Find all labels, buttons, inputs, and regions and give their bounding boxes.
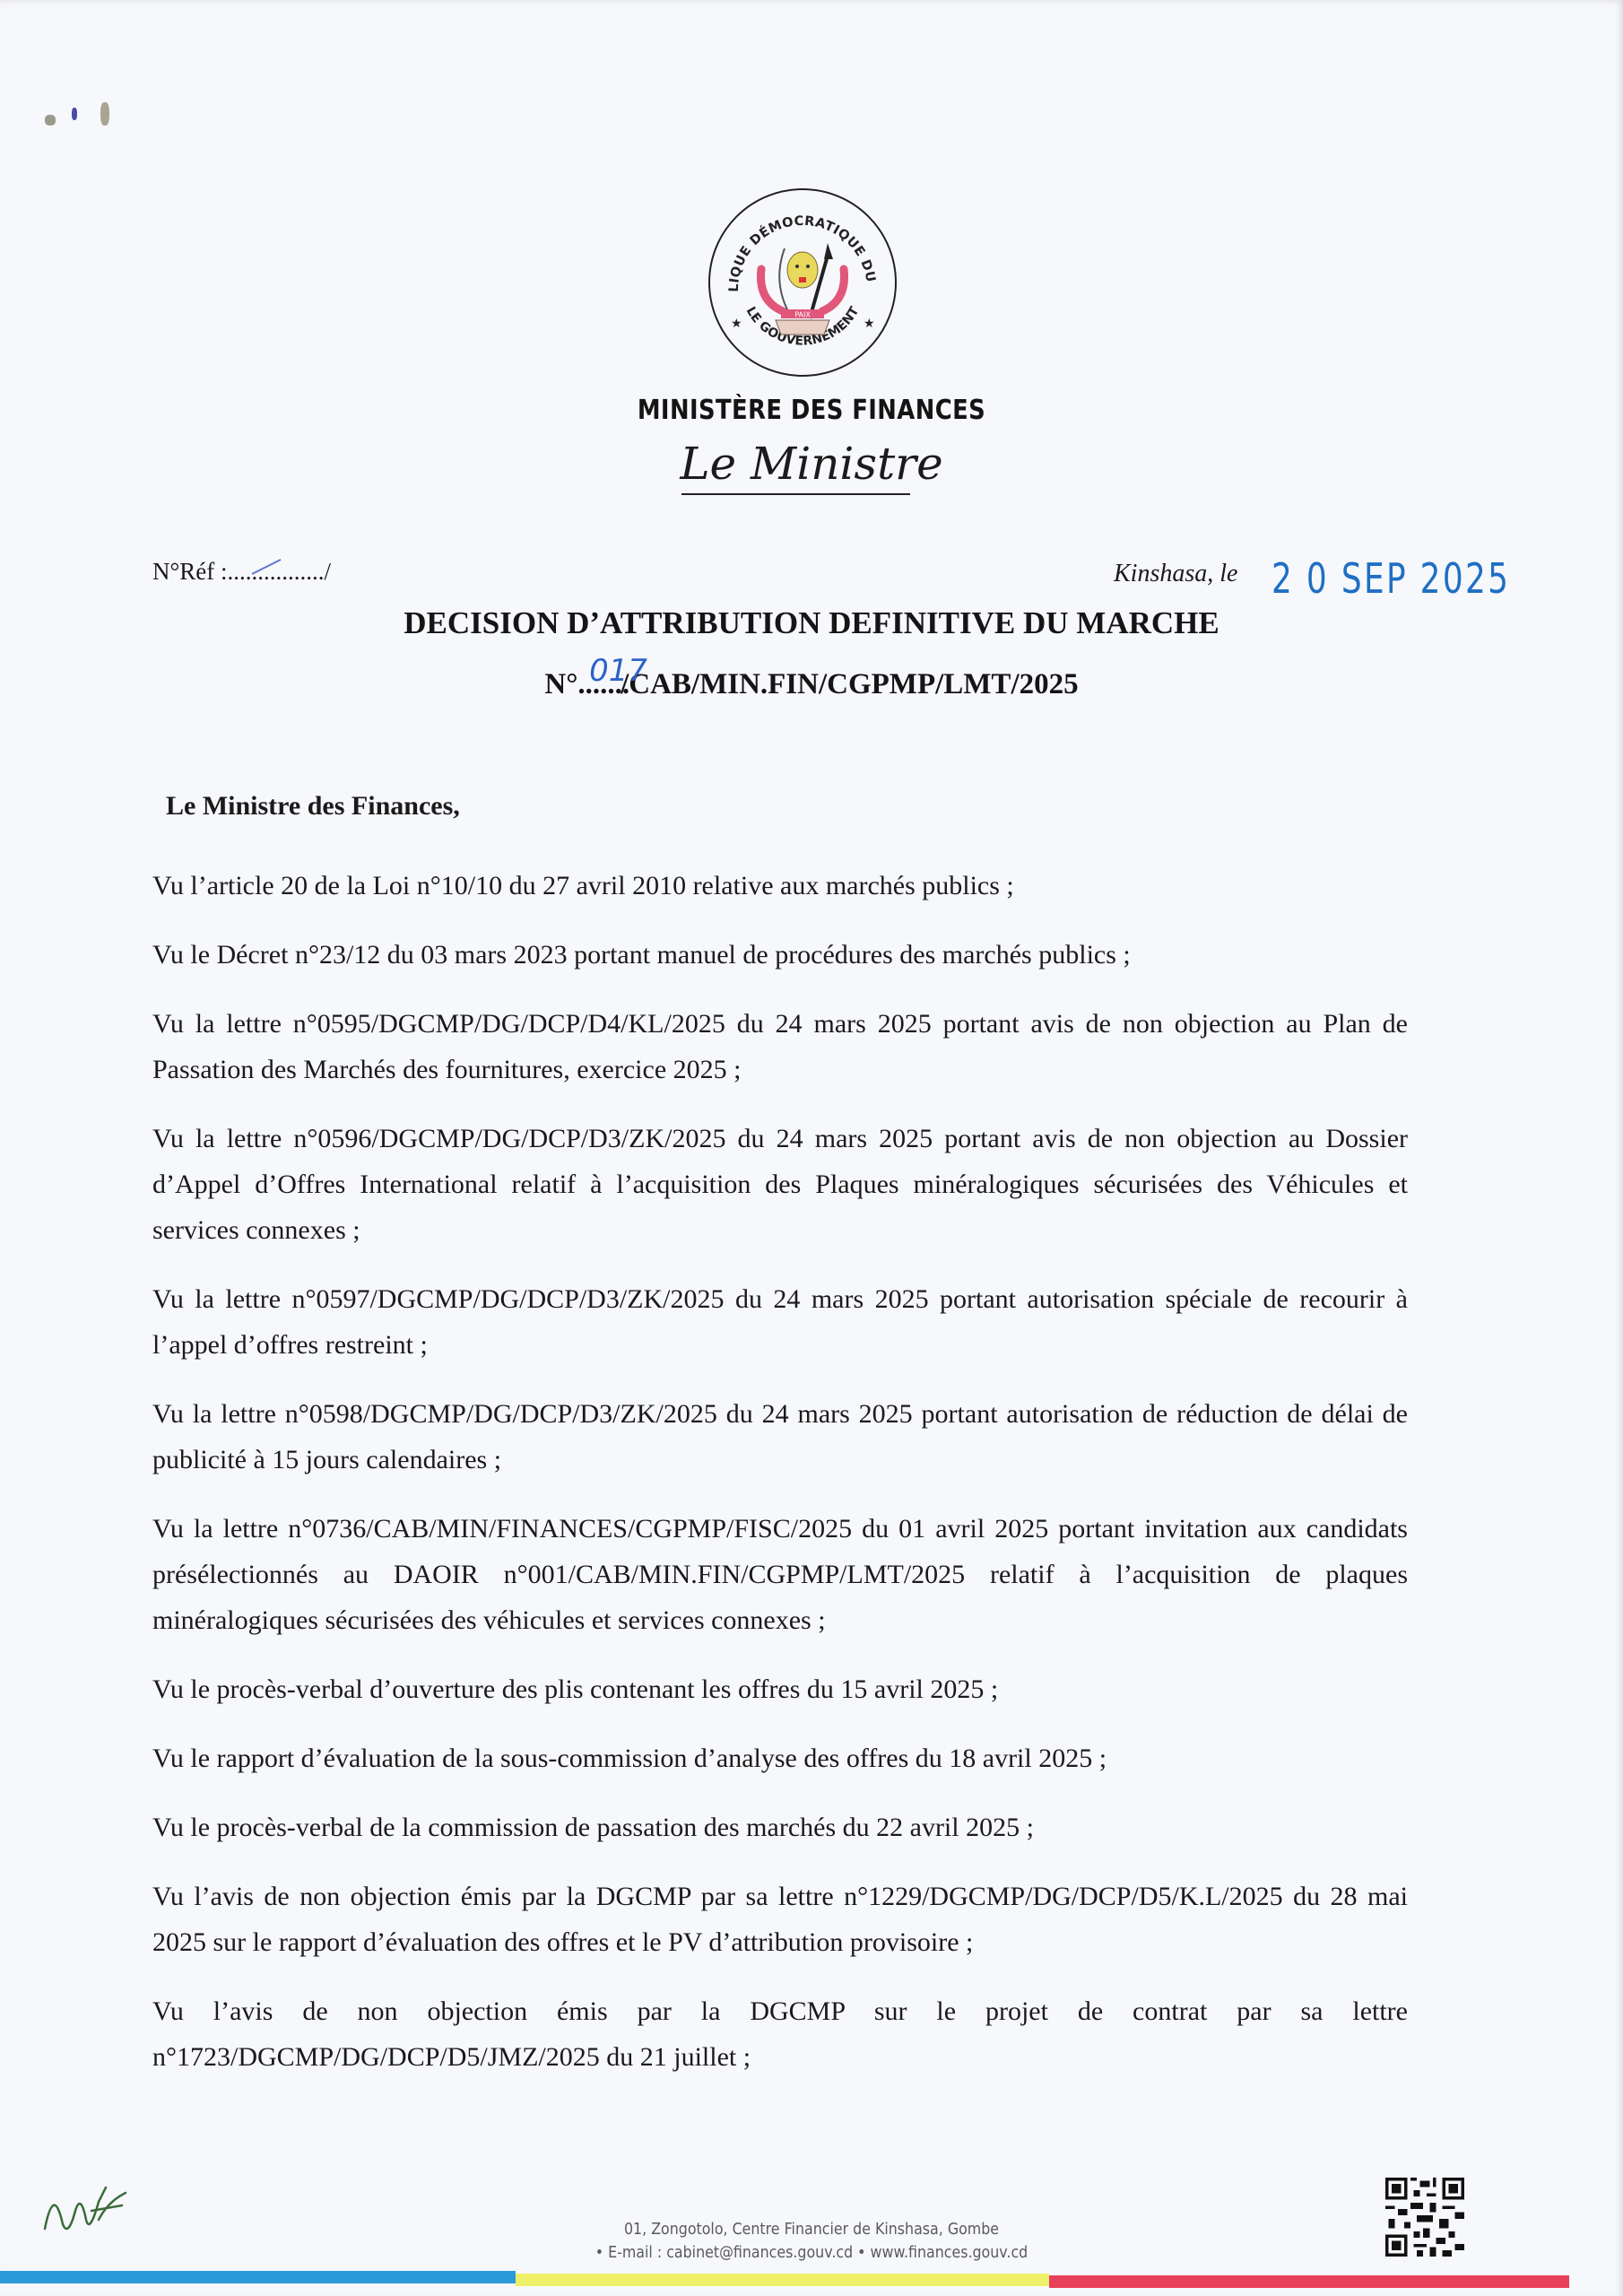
consideration-item: Vu la lettre n°0598/DGCMP/DG/DCP/D3/ZK/2… — [152, 1391, 1408, 1483]
decision-number-handwritten: 017 — [589, 653, 647, 689]
svg-text:PAIX: PAIX — [794, 311, 811, 319]
consideration-item: Vu la lettre n°0595/DGCMP/DG/DCP/D4/KL/2… — [152, 1001, 1408, 1092]
consideration-item: Vu le Décret n°23/12 du 03 mars 2023 por… — [152, 932, 1408, 978]
decision-title: DECISION D’ATTRIBUTION DEFINITIVE DU MAR… — [0, 605, 1623, 641]
reference-number: N°Réf :................/ — [152, 558, 331, 586]
consideration-item: Vu le procès-verbal d’ouverture des plis… — [152, 1666, 1408, 1712]
consideration-item: Vu la lettre n°0597/DGCMP/DG/DCP/D3/ZK/2… — [152, 1276, 1408, 1368]
consideration-item: Vu l’article 20 de la Loi n°10/10 du 27 … — [152, 863, 1408, 909]
decision-number-suffix: /CAB/MIN.FIN/CGPMP/LMT/2025 — [621, 668, 1079, 700]
consideration-item: Vu la lettre n°0596/DGCMP/DG/DCP/D3/ZK/2… — [152, 1116, 1408, 1253]
scan-smudge — [45, 99, 152, 135]
flag-stripe-red — [1049, 2275, 1569, 2288]
decision-number: N°.......017/CAB/MIN.FIN/CGPMP/LMT/2025 — [0, 665, 1623, 701]
considerations-list: Vu l’article 20 de la Loi n°10/10 du 27 … — [152, 863, 1408, 2103]
decision-number-prefix: N°. — [544, 668, 585, 700]
coat-of-arms-seal-icon: RÉPUBLIQUE DÉMOCRATIQUE DU CONGO LE GOUV… — [704, 184, 901, 381]
place-date-label: Kinshasa, le — [1114, 560, 1237, 588]
qr-code-icon[interactable] — [1385, 2178, 1464, 2257]
footer-address: 01, Zongotolo, Centre Financier de Kinsh… — [98, 2218, 1526, 2265]
flag-stripe-yellow — [516, 2274, 1049, 2286]
consideration-item: Vu le rapport d’évaluation de la sous-co… — [152, 1735, 1408, 1781]
svg-text:★: ★ — [864, 317, 875, 331]
date-stamp: 2 0 SEP 2025 — [1271, 554, 1510, 603]
flag-stripe-blue — [0, 2271, 516, 2283]
office-underline — [681, 493, 910, 495]
consideration-item: Vu l’avis de non objection émis par la D… — [152, 1874, 1408, 1965]
consideration-item: Vu la lettre n°0736/CAB/MIN/FINANCES/CGP… — [152, 1506, 1408, 1643]
svg-text:★: ★ — [731, 317, 742, 331]
consideration-item: Vu le procès-verbal de la commission de … — [152, 1805, 1408, 1850]
salutation: Le Ministre des Finances, — [166, 791, 460, 822]
consideration-item: Vu l’avis de non objection émis par la D… — [152, 1988, 1408, 2080]
office-title: Le Ministre — [0, 438, 1623, 490]
footer-street: 01, Zongotolo, Centre Financier de Kinsh… — [98, 2218, 1526, 2241]
handwritten-tick-icon — [248, 556, 284, 576]
ministry-name: MINISTÈRE DES FINANCES — [114, 395, 1510, 426]
footer-contact: • E-mail : cabinet@finances.gouv.cd • ww… — [98, 2241, 1526, 2265]
